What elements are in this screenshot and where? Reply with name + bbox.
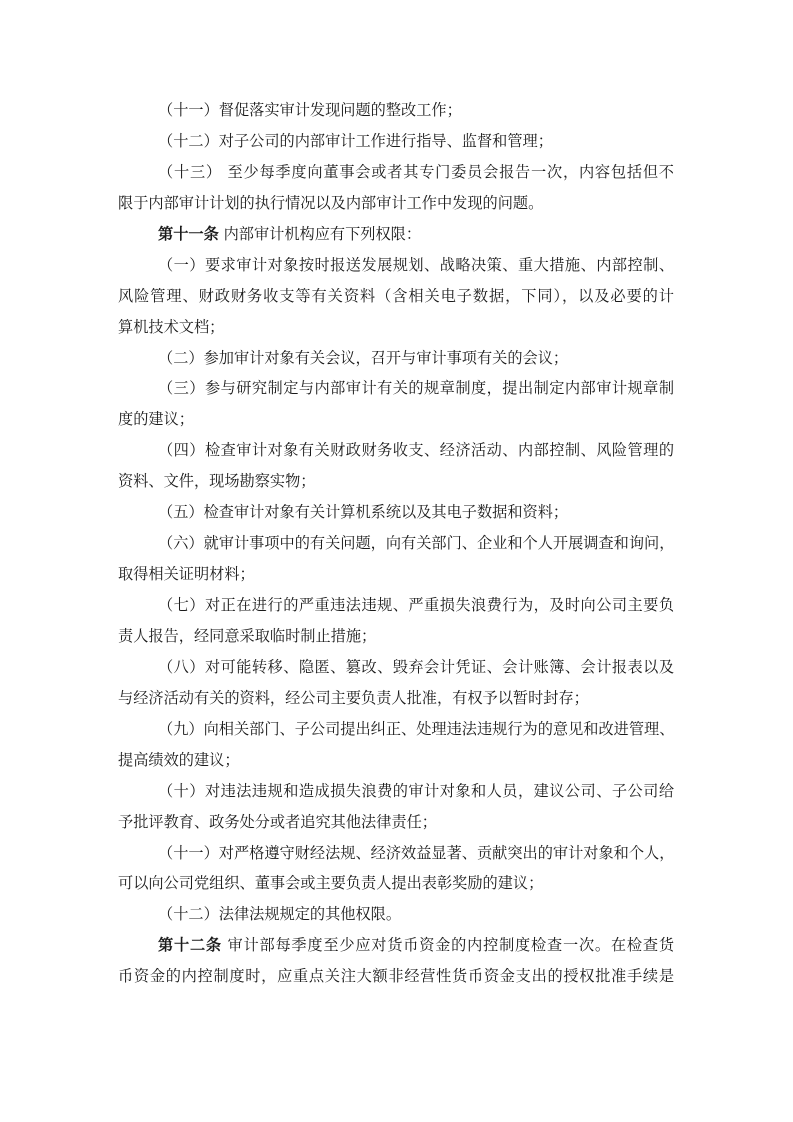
article-number: 第十二条 xyxy=(158,936,222,954)
article-heading-11: 第十一条 内部审计机构应有下列权限： xyxy=(118,219,674,250)
document-page: （十一）督促落实审计发现问题的整改工作； （十二）对子公司的内部审计工作进行指导… xyxy=(0,0,793,1122)
list-item-continuation: 资料、文件，现场勘察实物； xyxy=(118,466,674,497)
list-item-continuation: 度的建议； xyxy=(118,404,674,435)
list-item: （八）对可能转移、隐匿、篡改、毁弃会计凭证、会计账簿、会计报表以及 xyxy=(118,652,674,683)
document-body: （十一）督促落实审计发现问题的整改工作； （十二）对子公司的内部审计工作进行指导… xyxy=(118,95,674,992)
list-item: （十一）督促落实审计发现问题的整改工作； xyxy=(118,95,674,126)
article-number: 第十一条 xyxy=(158,225,219,243)
list-item-continuation: 责人报告，经同意采取临时制止措施； xyxy=(118,621,674,652)
list-item-continuation: 与经济活动有关的资料，经公司主要负责人批准，有权予以暂时封存； xyxy=(118,683,674,714)
list-item: （六）就审计事项中的有关问题，向有关部门、企业和个人开展调查和询问， xyxy=(118,528,674,559)
article-heading-12: 第十二条 审计部每季度至少应对货币资金的内控制度检查一次。在检查货 xyxy=(118,930,674,961)
article-continuation: 币资金的内控制度时，应重点关注大额非经营性货币资金支出的授权批准手续是 xyxy=(118,961,674,992)
list-item-continuation: 限于内部审计计划的执行情况以及内部审计工作中发现的问题。 xyxy=(118,188,674,219)
list-item: （十一）对严格遵守财经法规、经济效益显著、贡献突出的审计对象和个人， xyxy=(118,838,674,869)
list-item: （十二）法律法规规定的其他权限。 xyxy=(118,899,674,930)
list-item: （五）检查审计对象有关计算机系统以及其电子数据和资料； xyxy=(118,497,674,528)
list-item: （十二）对子公司的内部审计工作进行指导、监督和管理； xyxy=(118,126,674,157)
list-item: （十三） 至少每季度向董事会或者其专门委员会报告一次，内容包括但不 xyxy=(118,157,674,188)
list-item: （四）检查审计对象有关财政财务收支、经济活动、内部控制、风险管理的 xyxy=(118,435,674,466)
list-item: （二）参加审计对象有关会议，召开与审计事项有关的会议； xyxy=(118,343,674,374)
list-item-continuation: 取得相关证明材料； xyxy=(118,559,674,590)
list-item: （三）参与研究制定与内部审计有关的规章制度，提出制定内部审计规章制 xyxy=(118,373,674,404)
list-item-continuation: 算机技术文档； xyxy=(118,312,674,343)
list-item: （七）对正在进行的严重违法违规、严重损失浪费行为，及时向公司主要负 xyxy=(118,590,674,621)
list-item-continuation: 风险管理、财政财务收支等有关资料（含相关电子数据，下同），以及必要的计 xyxy=(118,281,674,312)
list-item: （九）向相关部门、子公司提出纠正、处理违法违规行为的意见和改进管理、 xyxy=(118,714,674,745)
list-item: （一）要求审计对象按时报送发展规划、战略决策、重大措施、内部控制、 xyxy=(118,250,674,281)
article-text: 审计部每季度至少应对货币资金的内控制度检查一次。在检查货 xyxy=(222,936,674,954)
list-item: （十）对违法违规和造成损失浪费的审计对象和人员，建议公司、子公司给 xyxy=(118,776,674,807)
article-text: 内部审计机构应有下列权限： xyxy=(219,225,421,243)
list-item-continuation: 可以向公司党组织、董事会或主要负责人提出表彰奖励的建议； xyxy=(118,868,674,899)
list-item-continuation: 提高绩效的建议； xyxy=(118,745,674,776)
list-item-continuation: 予批评教育、政务处分或者追究其他法律责任； xyxy=(118,807,674,838)
